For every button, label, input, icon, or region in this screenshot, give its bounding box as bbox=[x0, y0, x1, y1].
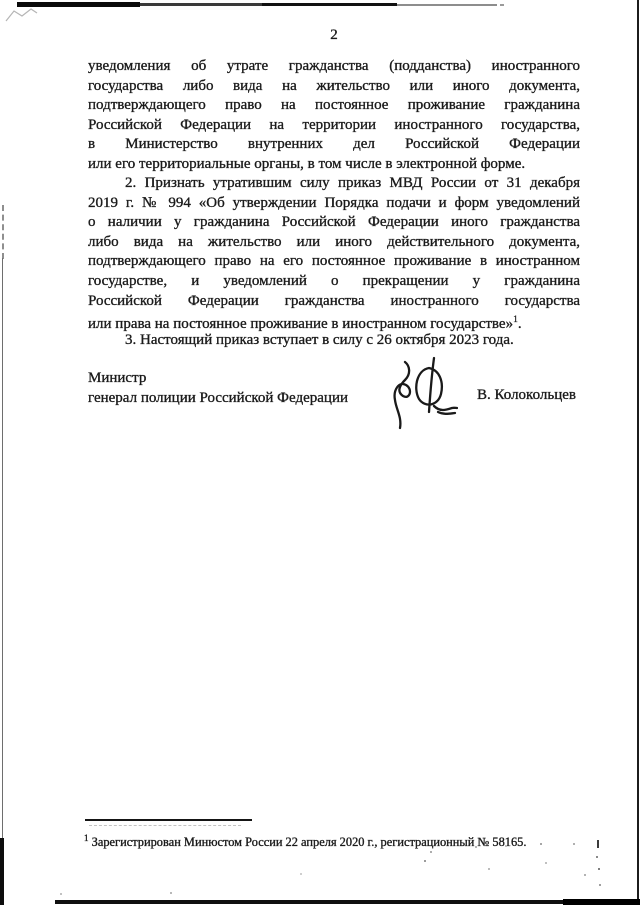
body-line-5: в Министерство внутренних дел Российской… bbox=[88, 135, 580, 155]
scan-artifact-top-edge-3 bbox=[262, 3, 397, 6]
scan-pencil-scribble bbox=[4, 4, 52, 28]
signature-role-line-1: Министр bbox=[88, 369, 348, 389]
body-line-2: государства либо вида на жительство или … bbox=[88, 77, 580, 97]
body-line-14-period: . bbox=[518, 316, 522, 332]
signature-role-block: Министр генерал полиции Российской Федер… bbox=[88, 369, 348, 408]
scan-artifact-bottom-edge bbox=[55, 900, 640, 904]
body-line-14-text: или права на постоянное проживание в ино… bbox=[88, 316, 513, 332]
scan-noise-speckles bbox=[0, 0, 2, 2]
body-line-15: 3. Настоящий приказ вступает в силу с 26… bbox=[88, 331, 580, 351]
body-line-1: уведомления об утрате гражданства (подда… bbox=[88, 57, 580, 77]
body-line-6: или его территориальные органы, в том чи… bbox=[88, 155, 580, 175]
scan-artifact-left-edge-bar bbox=[0, 838, 4, 905]
body-line-14: или права на постоянное проживание в ино… bbox=[88, 311, 580, 331]
body-line-10: либо вида на жительство или иного действ… bbox=[88, 233, 580, 253]
scanned-document-page: 2 уведомления об утрате гражданства (под… bbox=[0, 0, 640, 905]
footnote-separator-rule bbox=[85, 819, 252, 821]
footnote: 1 Зарегистрирован Минюстом России 22 апр… bbox=[84, 831, 554, 850]
scan-artifact-left-edge-line bbox=[2, 258, 3, 838]
body-line-3: подтверждающего право на постоянное прож… bbox=[88, 96, 580, 116]
body-line-4: Российской Федерации на территории иност… bbox=[88, 116, 580, 136]
scan-artifact-top-edge-5 bbox=[500, 4, 504, 6]
body-line-8: 2019 г. № 994 «Об утверждении Порядка по… bbox=[88, 194, 580, 214]
scan-artifact-top-edge-4 bbox=[397, 4, 497, 6]
signature-name: В. Колокольцев bbox=[477, 387, 576, 404]
footnote-marker: 1 bbox=[84, 833, 89, 843]
body-line-12: государстве, и уведомлений о прекращении… bbox=[88, 272, 580, 292]
page-number: 2 bbox=[88, 27, 580, 44]
handwritten-signature-icon bbox=[376, 355, 458, 433]
body-line-9: о наличии у гражданина Российской Федера… bbox=[88, 213, 580, 233]
scan-artifact-left-edge-dashes bbox=[2, 205, 4, 259]
document-body: уведомления об утрате гражданства (подда… bbox=[88, 57, 580, 350]
footnote-text: Зарегистрирован Минюстом России 22 апрел… bbox=[92, 835, 527, 849]
scan-artifact-bottom-edge-dark bbox=[563, 899, 640, 905]
body-line-11: подтверждающего право на его постоянное … bbox=[88, 252, 580, 272]
signature-role-line-2: генерал полиции Российской Федерации bbox=[88, 389, 348, 409]
footnote-separator-ghost-line bbox=[89, 825, 241, 826]
scan-artifact-right-edge bbox=[637, 0, 639, 905]
body-line-13: Российской Федерации гражданства иностра… bbox=[88, 292, 580, 312]
scan-artifact-top-edge-2 bbox=[140, 3, 262, 6]
scan-noise-mark bbox=[597, 840, 599, 848]
body-line-7: 2. Признать утратившим силу приказ МВД Р… bbox=[88, 174, 580, 194]
